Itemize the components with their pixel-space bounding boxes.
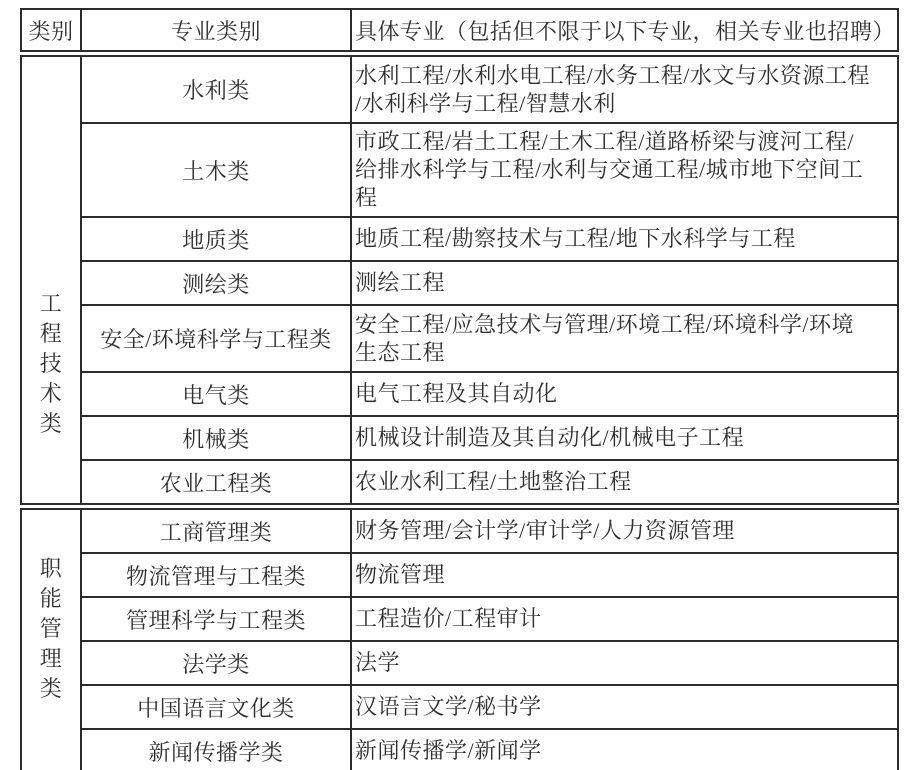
major-category-cell: 工商管理类 — [81, 509, 351, 553]
majors-cell: 农业水利工程/土地整治工程 — [351, 460, 898, 504]
table-row: 管理科学与工程类工程造价/工程审计 — [21, 597, 898, 641]
header-specific-majors-cell: 具体专业（包括但不限于以下专业，相关专业也招聘） — [351, 9, 898, 51]
major-category-cell: 物流管理与工程类 — [81, 553, 351, 597]
header-category-cell: 类别 — [21, 9, 81, 51]
header-major-category-cell: 专业类别 — [81, 9, 351, 51]
table-row: 安全/环境科学与工程类安全工程/应急技术与管理/环境工程/环境科学/环境 生态工… — [21, 305, 898, 372]
category-vertical-text: 职能管理类 — [40, 554, 63, 704]
major-category-cell: 安全/环境科学与工程类 — [81, 305, 351, 372]
table-row: 物流管理与工程类物流管理 — [21, 553, 898, 597]
category-vertical-text: 工程技术类 — [40, 289, 63, 439]
majors-cell: 法学 — [351, 641, 898, 685]
category-cell: 工程技术类 — [21, 56, 81, 504]
table-row: 中国语言文化类汉语言文学/秘书学 — [21, 685, 898, 729]
table-header-section: 类别 专业类别 具体专业（包括但不限于以下专业，相关专业也招聘） — [20, 8, 899, 52]
majors-cell: 机械设计制造及其自动化/机械电子工程 — [351, 416, 898, 460]
major-category-cell: 法学类 — [81, 641, 351, 685]
majors-cell: 工程造价/工程审计 — [351, 597, 898, 641]
major-category-cell: 测绘类 — [81, 261, 351, 305]
major-category-cell: 土木类 — [81, 123, 351, 217]
majors-cell: 地质工程/勘察技术与工程/地下水科学与工程 — [351, 217, 898, 261]
table-row: 机械类机械设计制造及其自动化/机械电子工程 — [21, 416, 898, 460]
majors-cell: 测绘工程 — [351, 261, 898, 305]
major-category-cell: 新闻传播学类 — [81, 729, 351, 770]
table-row: 地质类地质工程/勘察技术与工程/地下水科学与工程 — [21, 217, 898, 261]
majors-cell: 汉语言文学/秘书学 — [351, 685, 898, 729]
major-category-cell: 地质类 — [81, 217, 351, 261]
majors-table: 类别 专业类别 具体专业（包括但不限于以下专业，相关专业也招聘） 工程技术类水利… — [0, 0, 916, 770]
table-row: 测绘类测绘工程 — [21, 261, 898, 305]
table-row: 法学类法学 — [21, 641, 898, 685]
majors-cell: 电气工程及其自动化 — [351, 372, 898, 416]
table-row: 职能管理类工商管理类财务管理/会计学/审计学/人力资源管理 — [21, 509, 898, 553]
major-category-cell: 农业工程类 — [81, 460, 351, 504]
majors-cell: 物流管理 — [351, 553, 898, 597]
table-row: 土木类市政工程/岩土工程/土木工程/道路桥梁与渡河工程/ 给排水科学与工程/水利… — [21, 123, 898, 217]
engineering-group-section: 工程技术类水利类水利工程/水利水电工程/水务工程/水文与水资源工程 /水利科学与… — [20, 55, 899, 505]
majors-cell: 水利工程/水利水电工程/水务工程/水文与水资源工程 /水利科学与工程/智慧水利 — [351, 56, 898, 123]
majors-cell: 财务管理/会计学/审计学/人力资源管理 — [351, 509, 898, 553]
major-category-cell: 电气类 — [81, 372, 351, 416]
major-category-cell: 管理科学与工程类 — [81, 597, 351, 641]
header-row: 类别 专业类别 具体专业（包括但不限于以下专业，相关专业也招聘） — [21, 9, 898, 51]
table-row: 新闻传播学类新闻传播学/新闻学 — [21, 729, 898, 770]
majors-cell: 安全工程/应急技术与管理/环境工程/环境科学/环境 生态工程 — [351, 305, 898, 372]
majors-cell: 新闻传播学/新闻学 — [351, 729, 898, 770]
category-cell: 职能管理类 — [21, 509, 81, 770]
major-category-cell: 水利类 — [81, 56, 351, 123]
majors-cell: 市政工程/岩土工程/土木工程/道路桥梁与渡河工程/ 给排水科学与工程/水利与交通… — [351, 123, 898, 217]
major-category-cell: 机械类 — [81, 416, 351, 460]
table-row: 工程技术类水利类水利工程/水利水电工程/水务工程/水文与水资源工程 /水利科学与… — [21, 56, 898, 123]
table-row: 电气类电气工程及其自动化 — [21, 372, 898, 416]
major-category-cell: 中国语言文化类 — [81, 685, 351, 729]
management-group-section: 职能管理类工商管理类财务管理/会计学/审计学/人力资源管理物流管理与工程类物流管… — [20, 508, 899, 770]
table-row: 农业工程类农业水利工程/土地整治工程 — [21, 460, 898, 504]
